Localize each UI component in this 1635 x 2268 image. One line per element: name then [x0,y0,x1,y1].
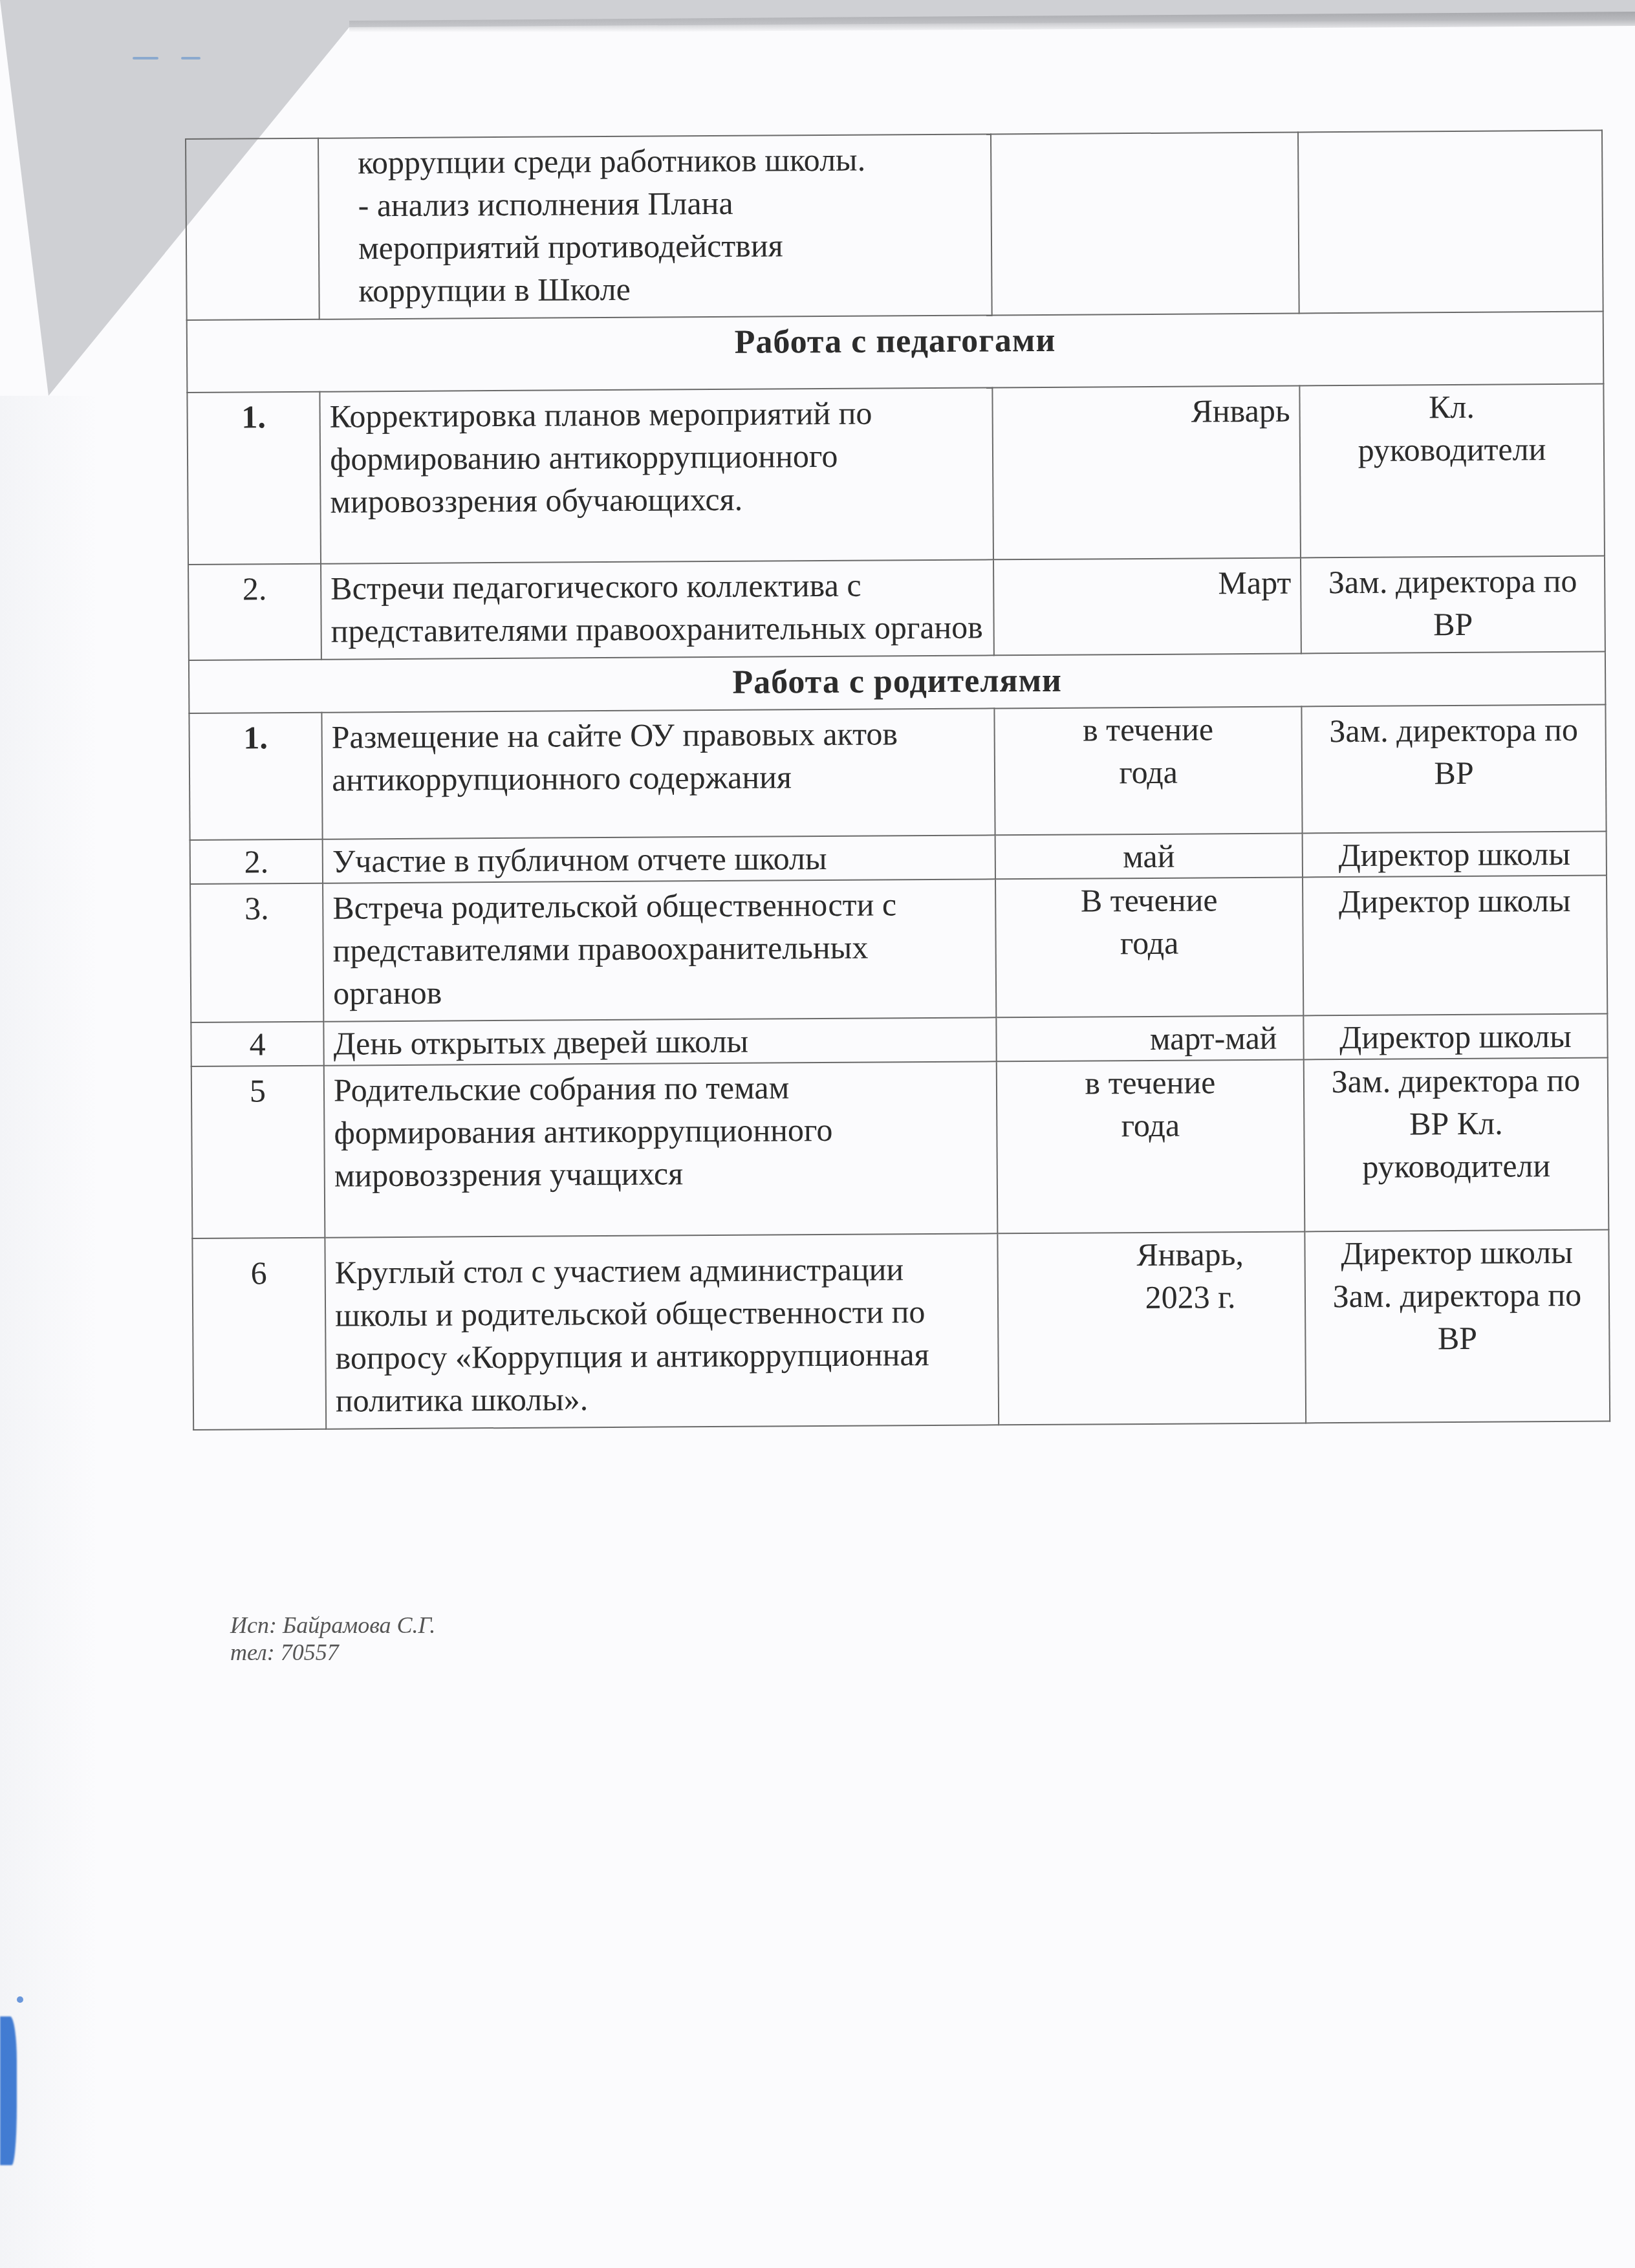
table-row: 2. Встречи педагогического коллектива с … [188,556,1605,660]
responsible-cell: Зам. директора по ВР [1301,705,1606,834]
activity-cell: Круглый стол с участием администрации шк… [325,1233,999,1429]
responsible-cell [1298,131,1603,314]
footer-executor-block: Исп: Байрамова С.Г. тел: 70557 [230,1612,435,1666]
scan-mark [133,57,158,59]
activity-cell: Встречи педагогического коллектива с пре… [321,559,994,659]
date-cell [991,132,1299,315]
activity-cell: Встреча родительской общественности с пр… [323,879,996,1021]
date-cell: в течение года [994,706,1302,835]
row-number: 1. [187,392,321,565]
date-cell: Январь [992,385,1301,559]
responsible-cell: Директор школы Зам. директора по ВР [1305,1230,1610,1423]
date-cell: май [995,833,1303,879]
plan-table-container: коррупции среди работников школы. - анал… [185,130,1609,1431]
table-row-continuation: коррупции среди работников школы. - анал… [186,131,1603,320]
table-row: 1. Размещение на сайте ОУ правовых актов… [189,705,1606,840]
responsible-cell: Директор школы [1303,876,1607,1016]
row-number: 4 [191,1022,323,1066]
activity-line: коррупции среди работников школы. [358,137,981,184]
ink-dot [17,1996,23,2003]
row-number: 1. [189,713,322,840]
activity-line: коррупции в Школе [358,265,982,312]
row-number: 6 [192,1238,326,1430]
row-number [186,138,319,320]
scan-mark [181,57,200,59]
table-row: 3. Встреча родительской общественности с… [190,876,1607,1022]
date-cell: Январь, 2023 г. [997,1231,1306,1425]
table-row: 6 Круглый стол с участием администрации … [192,1230,1610,1430]
activity-cell: Размещение на сайте ОУ правовых актов ан… [321,708,995,839]
date-cell: в течение года [997,1059,1305,1233]
date-cell: В течение года [995,877,1303,1017]
executor-name: Исп: Байрамова С.Г. [230,1612,435,1639]
table-row: 5 Родительские собрания по темам формиро… [191,1058,1609,1238]
date-cell: Март [993,557,1301,655]
activity-line: мероприятий противодействия [358,222,982,269]
activity-cell: День открытых дверей школы [323,1017,996,1065]
table-row: 1. Корректировка планов мероприятий по ф… [187,384,1605,565]
row-number: 2. [188,564,321,660]
responsible-cell: Кл. руководители [1299,384,1605,558]
activity-cell: Родительские собрания по темам формирова… [324,1061,998,1237]
responsible-cell: Директор школы [1303,832,1607,878]
responsible-cell: Зам. директора по ВР Кл. руководители [1304,1058,1609,1232]
paper-left-edge [0,396,97,2268]
section-title: Работа с родителями [189,652,1605,713]
responsible-cell: Зам. директора по ВР [1301,556,1605,654]
responsible-cell: Директор школы [1303,1014,1607,1060]
date-cell: март-май [996,1015,1303,1061]
section-title: Работа с педагогами [187,312,1604,393]
section-header-parents: Работа с родителями [189,652,1605,713]
anti-corruption-plan-table: коррупции среди работников школы. - анал… [185,130,1610,1431]
activity-cell: коррупции среди работников школы. - анал… [318,134,992,319]
row-number: 2. [190,839,323,884]
row-number: 3. [190,883,323,1022]
activity-line: - анализ исполнения Плана [358,180,981,226]
row-number: 5 [191,1066,325,1238]
activity-cell: Корректировка планов мероприятий по форм… [319,387,993,563]
executor-phone: тел: 70557 [230,1639,435,1666]
blue-ink-smudge [0,2016,17,2165]
section-header-teachers: Работа с педагогами [187,312,1604,393]
activity-cell: Участие в публичном отчете школы [323,835,995,883]
